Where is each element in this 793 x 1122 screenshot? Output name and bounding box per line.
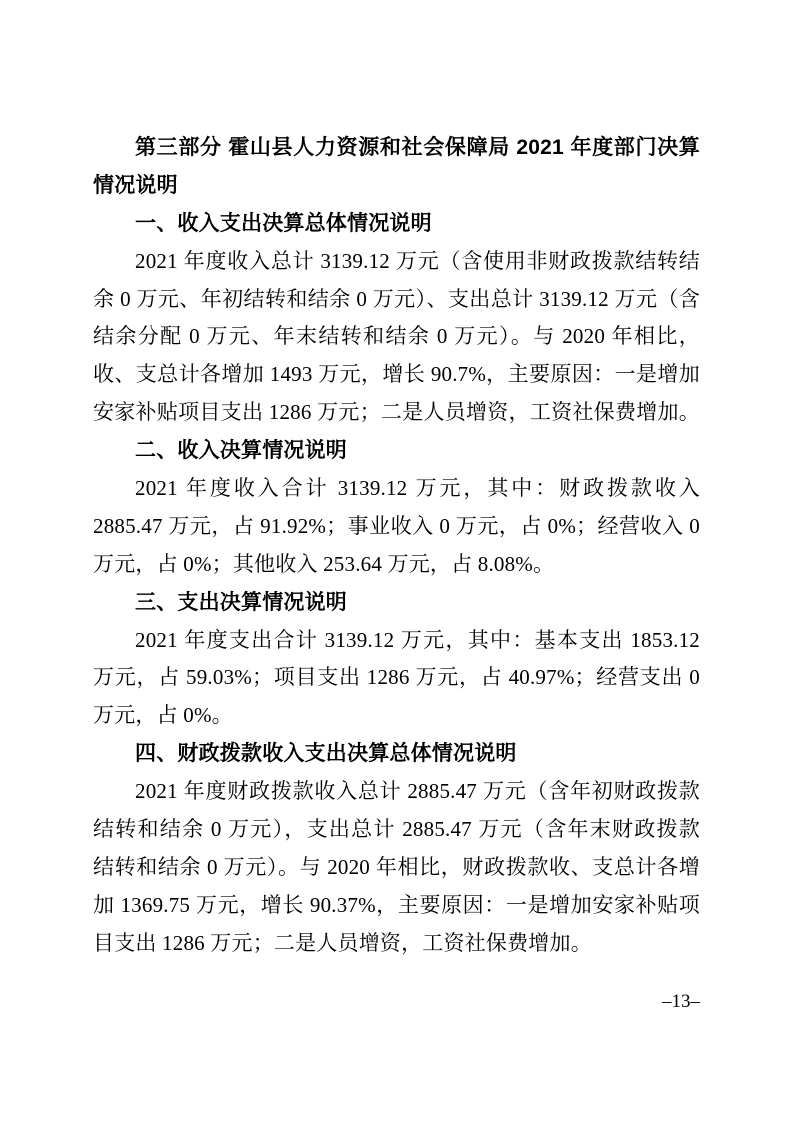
paragraph-line: 结余分配 0 万元、年末结转和结余 0 万元）。与 2020 年相比，	[93, 318, 700, 356]
paragraph-line: 2021 年度收入合计 3139.12 万元，其中：财政拨款收入	[93, 470, 700, 508]
page-number: –13–	[662, 989, 700, 1015]
document-page: 第三部分 霍山县人力资源和社会保障局 2021 年度部门决算 情况说明 一、收入…	[0, 0, 793, 1122]
paragraph-line: 2021 年度支出合计 3139.12 万元，其中：基本支出 1853.12	[93, 622, 700, 660]
paragraph-line: 收、支总计各增加 1493 万元，增长 90.7%，主要原因：一是增加	[93, 356, 700, 394]
paragraph-line: 2021 年度收入总计 3139.12 万元（含使用非财政拨款结转结	[93, 243, 700, 281]
paragraph-line: 安家补贴项目支出 1286 万元；二是人员增资，工资社保费增加。	[93, 394, 700, 432]
section-1-heading: 一、收入支出决算总体情况说明	[93, 205, 700, 243]
paragraph-line: 2885.47 万元，占 91.92%；事业收入 0 万元，占 0%；经营收入 …	[93, 508, 700, 546]
paragraph-line: 万元，占 59.03%；项目支出 1286 万元，占 40.97%；经营支出 0	[93, 659, 700, 697]
document-title-line-2: 情况说明	[93, 167, 700, 205]
paragraph-line: 2021 年度财政拨款收入总计 2885.47 万元（含年初财政拨款	[93, 773, 700, 811]
section-2-heading: 二、收入决算情况说明	[93, 432, 700, 470]
paragraph-line: 结转和结余 0 万元），支出总计 2885.47 万元（含年末财政拨款	[93, 811, 700, 849]
paragraph-line: 万元，占 0%。	[93, 697, 700, 735]
paragraph-line: 目支出 1286 万元；二是人员增资，工资社保费增加。	[93, 925, 700, 963]
document-body: 第三部分 霍山县人力资源和社会保障局 2021 年度部门决算 情况说明 一、收入…	[93, 129, 700, 963]
section-3-heading: 三、支出决算情况说明	[93, 584, 700, 622]
paragraph-line: 加 1369.75 万元，增长 90.37%，主要原因：一是增加安家补贴项	[93, 887, 700, 925]
paragraph-line: 余 0 万元、年初结转和结余 0 万元）、支出总计 3139.12 万元（含	[93, 281, 700, 319]
section-4-heading: 四、财政拨款收入支出决算总体情况说明	[93, 735, 700, 773]
paragraph-line: 万元，占 0%；其他收入 253.64 万元，占 8.08%。	[93, 546, 700, 584]
document-title-line-1: 第三部分 霍山县人力资源和社会保障局 2021 年度部门决算	[93, 129, 700, 167]
paragraph-line: 结转和结余 0 万元）。与 2020 年相比，财政拨款收、支总计各增	[93, 849, 700, 887]
